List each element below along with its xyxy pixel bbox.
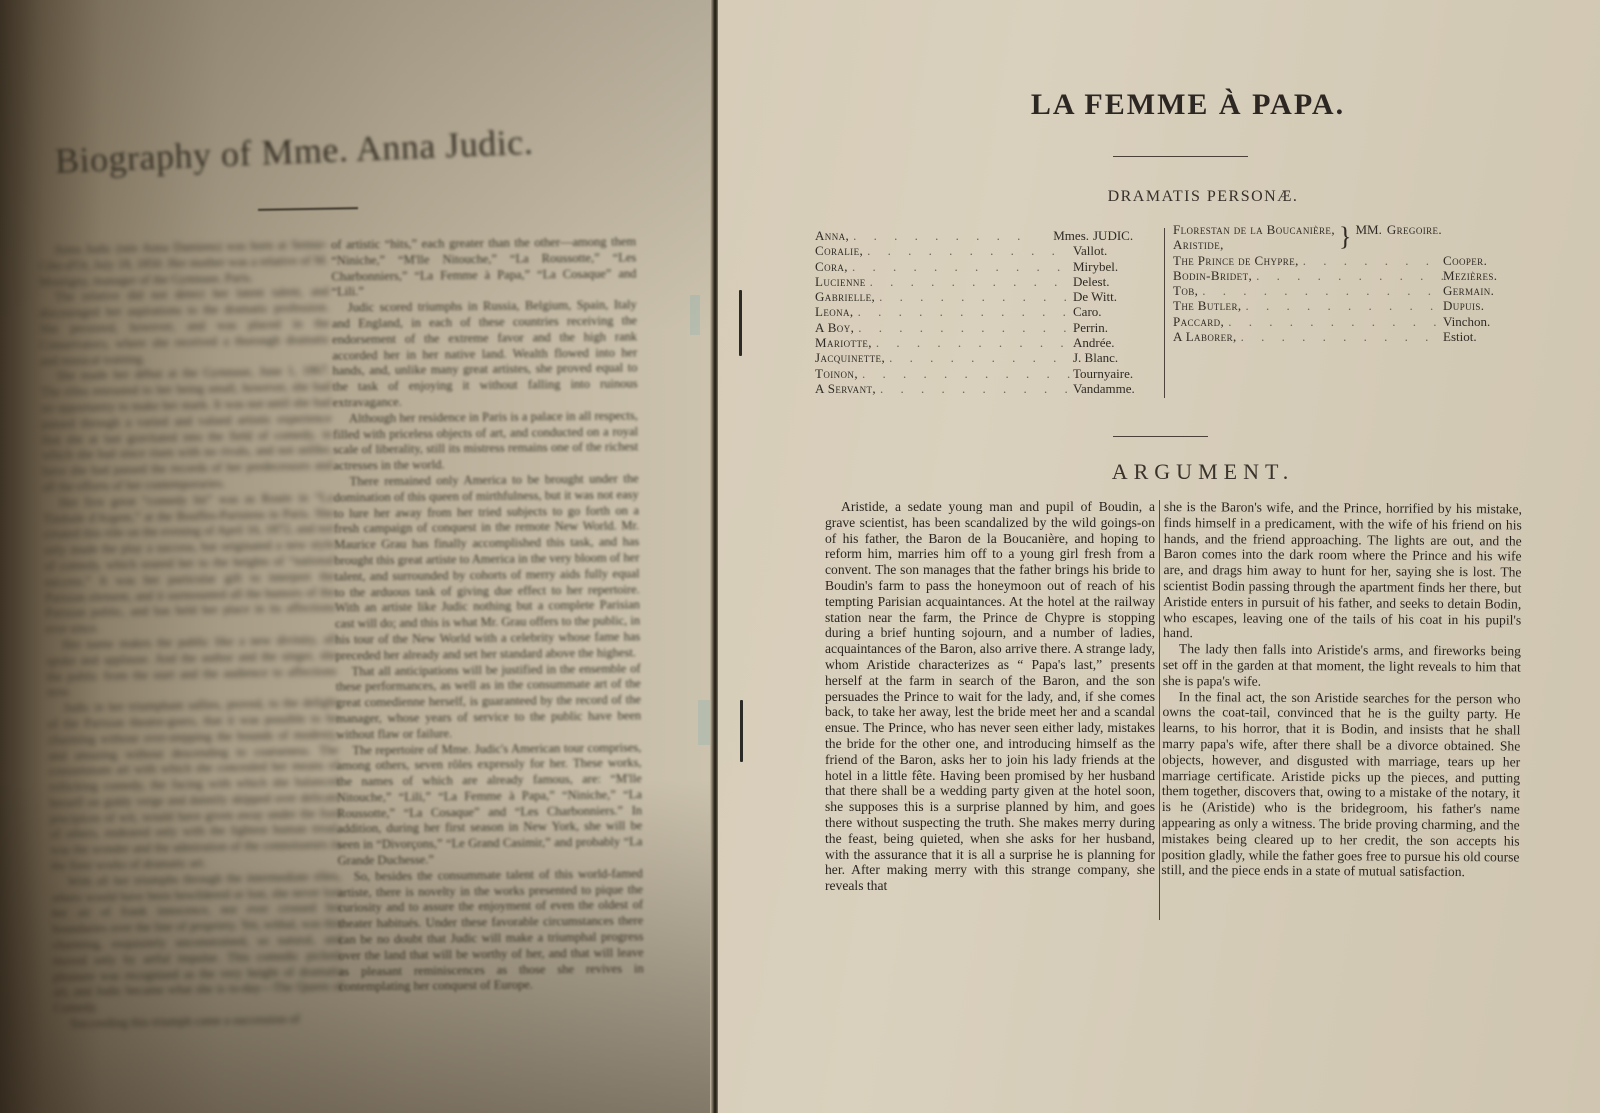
cast-actor: Vallot. (1073, 243, 1155, 258)
cast-row: Lucienne. . . . . . . . . . . . . . . .D… (815, 274, 1155, 289)
cast-row: The Butler,. . . . . . . . . . . . . . .… (1173, 298, 1543, 313)
cast-role: Mariotte, (815, 335, 872, 350)
cast-role: A Servant, (815, 381, 876, 396)
leader-dots: . . . . . . . . . (849, 228, 1053, 243)
cast-actor: Mezières. (1443, 268, 1543, 283)
cast-role: Toinon, (815, 366, 858, 381)
cast-actor: Vinchon. (1443, 314, 1543, 329)
cast-role: Tob, (1173, 283, 1198, 298)
cast-role: Florestan de la Boucanière, (1173, 222, 1335, 237)
cast-actor: Cooper. (1443, 253, 1543, 268)
cast-list-men: Florestan de la Boucanière, Aristide, } … (1173, 222, 1543, 344)
cast-list-women: Anna, . . . . . . . . . Mmes. JUDIC. Cor… (815, 228, 1155, 396)
cast-row: Cora,. . . . . . . . . . . . . . . .Miry… (815, 259, 1155, 274)
cast-row: A Boy,. . . . . . . . . . . . . . . .Per… (815, 320, 1155, 335)
cast-role: The Prince de Chypre, (1173, 253, 1299, 268)
biography-paragraph: The repertoire of Mme. Judic's American … (336, 740, 642, 870)
cast-actor: JUDIC. (1093, 228, 1155, 243)
cast-role: A Laborer, (1173, 329, 1237, 344)
biography-paragraph: of artistic “hits,” each greater than th… (331, 234, 637, 300)
biography-paragraph: The relative did not detect her latent t… (39, 284, 331, 369)
cast-row: Gabrielle,. . . . . . . . . . . . . . . … (815, 289, 1155, 304)
play-title: LA FEMME À PAPA. (978, 88, 1398, 122)
biography-paragraph: Her name makes the public like a new div… (46, 632, 337, 701)
cast-row: Coralie,. . . . . . . . . . . . . . . .V… (815, 243, 1155, 258)
biography-title: Biography of Mme. Anna Judic. (54, 118, 615, 182)
leader-dots: . . . . . . . . . . . . . . . . . (1242, 298, 1443, 313)
cast-role: Aristide, (1173, 237, 1335, 252)
argument-column-1: Aristide, a sedate young man and pupil o… (825, 499, 1155, 894)
cast-role: Gabrielle, (815, 289, 875, 304)
argument-paragraph: The lady then falls into Aristide's arms… (1163, 641, 1521, 691)
cast-role: Anna, (815, 228, 849, 243)
cast-row: A Laborer,. . . . . . . . . . . . . . . … (1173, 329, 1543, 344)
biography-paragraph: There remained only America to be brough… (334, 471, 641, 664)
leader-dots: . . . . . . . . . . . . . . . . (866, 274, 1073, 289)
cast-row: Mariotte,. . . . . . . . . . . . . . . .… (815, 335, 1155, 350)
argument-paragraph: she is the Baron's wife, and the Prince,… (1163, 499, 1522, 644)
argument-column-2: she is the Baron's wife, and the Prince,… (1161, 499, 1522, 881)
open-booklet-spread: Biography of Mme. Anna Judic. Anna Judic… (0, 0, 1600, 1113)
cast-role: Paccard, (1173, 314, 1224, 329)
cast-role: Jacquinette, (815, 350, 885, 365)
leader-dots: . . . . . . . . . . . . . . . . (854, 320, 1073, 335)
biography-column-2: of artistic “hits,” each greater than th… (331, 234, 644, 995)
cast-row: Leona,. . . . . . . . . . . . . . . .Car… (815, 304, 1155, 319)
cast-role: The Butler, (1173, 298, 1242, 313)
tape-mark (690, 295, 700, 335)
leader-dots: . . . . . . . . . . . . . . . . (885, 350, 1073, 365)
title-divider (258, 207, 358, 211)
cast-row: A Servant,. . . . . . . . . . . . . . . … (815, 381, 1155, 396)
biography-column-1: Anna Judic (née Anna Damiens) was born a… (38, 237, 344, 1033)
biography-paragraph: Judic scored triumphs in Russia, Belgium… (332, 298, 638, 412)
biography-paragraph: That all anticipations will be justified… (336, 661, 642, 743)
argument-heading: ARGUMENT. (1053, 459, 1353, 485)
cast-actor: Mirybel. (1073, 259, 1155, 274)
cast-row: Jacquinette,. . . . . . . . . . . . . . … (815, 350, 1155, 365)
leader-dots: . . . . . . . . . . . . . . . . . . . . … (1198, 283, 1443, 298)
cast-actor: Caro. (1073, 304, 1155, 319)
cast-role: Coralie, (815, 243, 863, 258)
mm-prefix: MM. (1355, 222, 1386, 237)
cast-actor: De Witt. (1073, 289, 1155, 304)
cast-row: Tob,. . . . . . . . . . . . . . . . . . … (1173, 283, 1543, 298)
cast-actor: Andrée. (1073, 335, 1155, 350)
section-divider (1113, 436, 1208, 437)
argument-column-divider (1159, 500, 1160, 920)
leader-dots: . . . . . . . . . . . . . . . . (858, 366, 1073, 381)
cast-actor: Delest. (1073, 274, 1155, 289)
brace-group: Florestan de la Boucanière, Aristide, } … (1173, 222, 1543, 253)
cast-row: The Prince de Chypre,. . . . . . . . . .… (1173, 253, 1543, 268)
leader-dots: . . . . . . . . . . . . . . . . (854, 304, 1073, 319)
biography-paragraph: Although her residence in Paris is a pal… (333, 408, 639, 474)
brace-icon: } (1335, 224, 1355, 250)
leader-dots: . . . . . . . . . . . . . . . . (872, 335, 1073, 350)
argument-paragraph: In the final act, the son Aristide searc… (1161, 689, 1520, 881)
cast-actor: Estiot. (1443, 329, 1543, 344)
biography-paragraph: With all her triumphs through the interm… (51, 869, 344, 1017)
biography-paragraph: She made her début at the Gymnase, June … (40, 363, 333, 495)
cast-role: A Boy, (815, 320, 854, 335)
cast-role: Leona, (815, 304, 854, 319)
mmes-prefix: Mmes. (1053, 228, 1093, 243)
argument-paragraph: Aristide, a sedate young man and pupil o… (825, 499, 1155, 894)
cast-row: Toinon,. . . . . . . . . . . . . . . .To… (815, 366, 1155, 381)
biography-paragraph: Judic in her triumphant sallies, proved,… (47, 695, 341, 875)
cast-role: Lucienne (815, 274, 866, 289)
cast-actor: Germain. (1443, 283, 1543, 298)
staple (739, 290, 742, 356)
brace-roles: Florestan de la Boucanière, Aristide, (1173, 222, 1335, 253)
cast-row: Paccard,. . . . . . . . . . . . . . . . … (1173, 314, 1543, 329)
cast-actor: Vandamme. (1073, 381, 1155, 396)
dramatis-personae-heading: DRAMATIS PERSONÆ. (1053, 188, 1353, 206)
leader-dots: . . . . . . . . . . . . . . . . (875, 289, 1073, 304)
leader-dots: . . . . . . . . . . . . . . . . . (1252, 268, 1443, 283)
leader-dots: . . . . . . . . . . . . . . . . . (1237, 329, 1443, 344)
cast-actor: Tournyaire. (1073, 366, 1155, 381)
biography-paragraph: Her first great “comedy hit” was as Rosé… (43, 490, 336, 638)
biography-paragraph: So, besides the consummate talent of thi… (338, 866, 644, 996)
leader-dots: . . . . . . . . . . . . . (1299, 253, 1443, 268)
cast-actor: J. Blanc. (1073, 350, 1155, 365)
cast-actor: Dupuis. (1443, 298, 1543, 313)
cast-actor: Gregoire. (1387, 222, 1442, 237)
cast-role: Bodin-Bridet, (1173, 268, 1252, 283)
cast-column-divider (1164, 228, 1165, 398)
cast-row: Anna, . . . . . . . . . Mmes. JUDIC. (815, 228, 1155, 243)
biography-paragraph: Anna Judic (née Anna Damiens) was born a… (38, 237, 329, 290)
leader-dots: . . . . . . . . . . . . . . . . (863, 243, 1073, 258)
title-divider (1113, 156, 1248, 157)
cast-actor: Perrin. (1073, 320, 1155, 335)
staple (740, 700, 743, 762)
cast-row: Bodin-Bridet,. . . . . . . . . . . . . .… (1173, 268, 1543, 283)
leader-dots: . . . . . . . . . . . . . . . . (876, 381, 1073, 396)
right-page: LA FEMME À PAPA. DRAMATIS PERSONÆ. Anna,… (718, 0, 1600, 1113)
leader-dots: . . . . . . . . . . . . . . . . . . (1224, 314, 1443, 329)
cast-role: Cora, (815, 259, 848, 274)
left-page: Biography of Mme. Anna Judic. Anna Judic… (0, 0, 730, 1113)
leader-dots: . . . . . . . . . . . . . . . . (848, 259, 1073, 274)
